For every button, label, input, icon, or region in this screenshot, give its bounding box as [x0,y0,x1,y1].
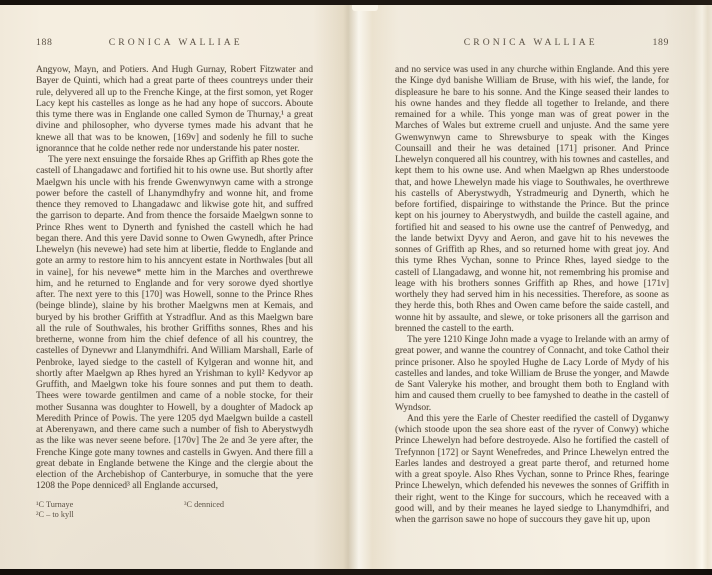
page-right: CRONICA WALLIAE 189 and no service was u… [356,5,712,569]
paragraph: And this yere the Earle of Chester reedi… [395,414,669,527]
scan-edge-bottom [0,569,712,575]
paragraph: Angyow, Mayn, and Potiers. And Hugh Gurn… [36,65,313,155]
running-head-left: 188 CRONICA WALLIAE [36,37,313,48]
scan-edge-top [0,0,712,5]
footnote-column: ³C denniced [184,500,304,511]
footnotes-left: ¹C Turnaye ²C – to kyll ³C denniced [36,500,313,521]
running-title-right: CRONICA WALLIAE [395,37,653,48]
paragraph: and no service was used in any churche w… [395,65,669,335]
body-text-left: Angyow, Mayn, and Potiers. And Hugh Gurn… [36,65,313,521]
footnote-column: ¹C Turnaye ²C – to kyll [36,500,184,521]
book-scan: 188 CRONICA WALLIAE Angyow, Mayn, and Po… [0,0,712,575]
running-title-left: CRONICA WALLIAE [53,37,314,48]
paragraph: The yere 1210 Kinge John made a vyage to… [395,335,669,414]
page-number-left: 188 [36,37,53,48]
footnote: ²C – to kyll [36,510,184,521]
page-left: 188 CRONICA WALLIAE Angyow, Mayn, and Po… [0,5,356,569]
gutter-highlight [352,5,378,11]
open-book-spread: 188 CRONICA WALLIAE Angyow, Mayn, and Po… [0,5,712,569]
footnote: ³C denniced [184,500,304,511]
paragraph: The yere next ensuinge the forsaide Rhes… [36,155,313,493]
body-text-right: and no service was used in any churche w… [395,65,669,526]
footnote: ¹C Turnaye [36,500,184,511]
page-number-right: 189 [653,37,670,48]
running-head-right: CRONICA WALLIAE 189 [395,37,669,48]
